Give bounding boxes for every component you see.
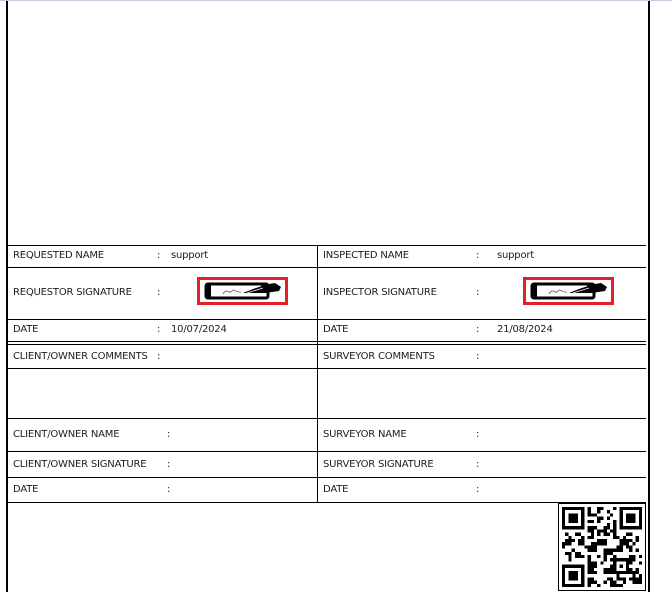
row-divider bbox=[8, 451, 646, 452]
surveyor-date-label: DATE bbox=[323, 484, 348, 496]
separator: : bbox=[157, 250, 160, 262]
table-top-border bbox=[8, 245, 646, 246]
inspected-name-value: support bbox=[497, 250, 534, 262]
client-comments-label: CLIENT/OWNER COMMENTS bbox=[13, 351, 148, 363]
table-bottom-border bbox=[8, 502, 646, 503]
inspector-date-label: DATE bbox=[323, 324, 348, 336]
qr-code-icon bbox=[562, 507, 642, 587]
row-divider bbox=[8, 267, 646, 268]
requestor-date-label: DATE bbox=[13, 324, 38, 336]
requestor-signature bbox=[197, 277, 288, 305]
surveyor-comments-area bbox=[318, 369, 646, 418]
separator: : bbox=[476, 324, 479, 336]
separator: : bbox=[167, 459, 170, 471]
separator: : bbox=[476, 287, 479, 299]
separator: : bbox=[167, 484, 170, 496]
inspector-signature-label: INSPECTOR SIGNATURE bbox=[323, 287, 437, 299]
section-divider bbox=[8, 341, 646, 342]
client-signature-label: CLIENT/OWNER SIGNATURE bbox=[13, 459, 146, 471]
inspector-signature bbox=[523, 277, 614, 305]
section-divider bbox=[8, 344, 646, 345]
inspector-date-value: 21/08/2024 bbox=[497, 324, 553, 336]
surveyor-signature-label: SURVEYOR SIGNATURE bbox=[323, 459, 433, 471]
client-comments-area bbox=[8, 369, 317, 418]
client-date-label: DATE bbox=[13, 484, 38, 496]
client-name-label: CLIENT/OWNER NAME bbox=[13, 429, 119, 441]
separator: : bbox=[476, 484, 479, 496]
row-divider bbox=[8, 319, 646, 320]
separator: : bbox=[167, 429, 170, 441]
requestor-signature-label: REQUESTOR SIGNATURE bbox=[13, 287, 132, 299]
surveyor-name-label: SURVEYOR NAME bbox=[323, 429, 406, 441]
separator: : bbox=[476, 429, 479, 441]
signature-pad-icon bbox=[529, 281, 609, 301]
row-divider bbox=[8, 418, 646, 419]
separator: : bbox=[157, 324, 160, 336]
surveyor-comments-label: SURVEYOR COMMENTS bbox=[323, 351, 435, 363]
inspected-name-label: INSPECTED NAME bbox=[323, 250, 409, 262]
row-divider bbox=[8, 477, 646, 478]
requestor-date-value: 10/07/2024 bbox=[171, 324, 227, 336]
separator: : bbox=[157, 287, 160, 299]
separator: : bbox=[476, 250, 479, 262]
qr-code bbox=[558, 503, 646, 591]
separator: : bbox=[157, 351, 160, 363]
separator: : bbox=[476, 351, 479, 363]
signature-pad-icon bbox=[203, 281, 283, 301]
requested-name-value: support bbox=[171, 250, 208, 262]
requested-name-label: REQUESTED NAME bbox=[13, 250, 104, 262]
separator: : bbox=[476, 459, 479, 471]
